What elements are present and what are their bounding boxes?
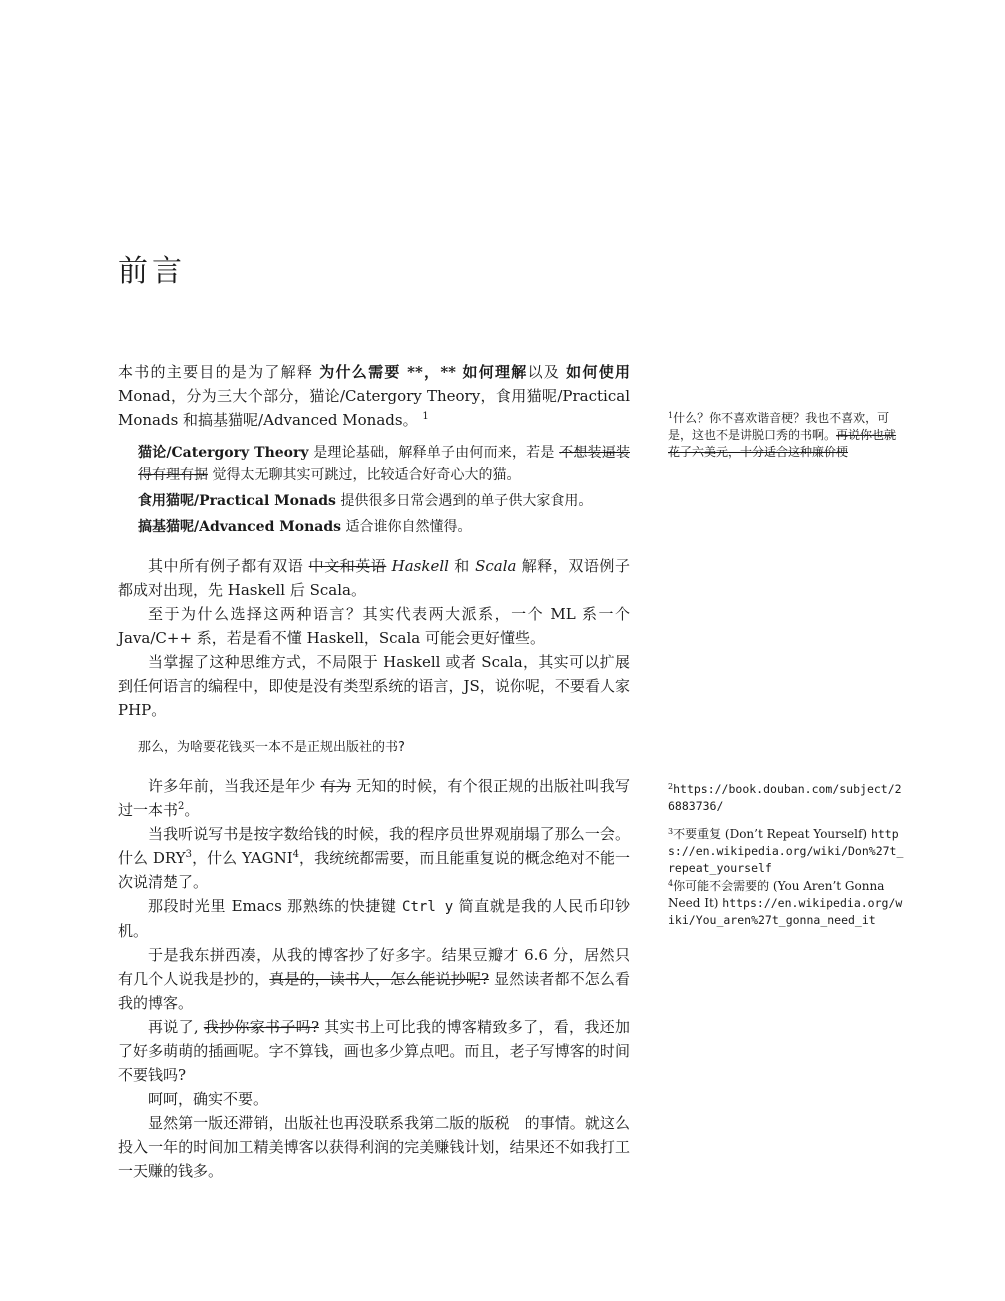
text: 是理论基础，解释单子由何而来，若是 (309, 445, 560, 461)
margin-note-2: 2https://book.douban.com/subject/2688373… (668, 781, 908, 815)
italic-text: Scala (475, 557, 516, 575)
text: 再说了, (148, 1018, 204, 1036)
text: 觉得太无聊其实可跳过，比较适合好奇心大的猫。 (208, 467, 520, 483)
text: 以及 (528, 363, 567, 381)
note-link[interactable]: https://book.douban.com/subject/26883736… (668, 782, 902, 813)
paragraph: 当我听说写书是按字数给钱的时候，我的程序员世界观崩塌了那么一会。什么 DRY3，… (118, 822, 630, 894)
paragraph: 再说了, 我抄你家书子吗? 其实书上可比我的博客精致多了，看，我还加了好多萌萌的… (118, 1015, 630, 1087)
intro-paragraph: 本书的主要目的是为了解释 为什么需要 **，** 如何理解以及 如何使用 Mon… (118, 360, 630, 432)
text: 许多年前，当我还是年少 (148, 777, 321, 795)
part-description: 食用猫呢/Practical Monads 提供很多日常会遇到的单子供大家食用。 (138, 490, 630, 512)
paragraph: 许多年前，当我还是年少 有为 无知的时候，有个很正规的出版社叫我写过一本书2。 (118, 774, 630, 822)
text: ，什么 YAGNI (192, 849, 293, 867)
part-name: 猫论/Catergory Theory (138, 445, 309, 461)
keyboard-shortcut: Ctrl y (402, 899, 453, 915)
part-description: 猫论/Catergory Theory 是理论基础，解释单子由何而来，若是 不想… (138, 442, 630, 486)
paragraph: 当掌握了这种思维方式，不局限于 Haskell 或者 Scala，其实可以扩展到… (118, 650, 630, 722)
margin-note-3: 3不要重复 (Don’t Repeat Yourself) https://en… (668, 826, 908, 877)
part-name: 搞基猫呢/Advanced Monads (138, 519, 341, 535)
footnote-ref-1[interactable]: 1 (422, 411, 428, 422)
strikethrough-text: 中文和英语 (309, 557, 387, 575)
paragraph: 于是我东拼西凑，从我的博客抄了好多字。结果豆瓣才 6.6 分，居然只有几个人说我… (118, 943, 630, 1015)
paragraph: 其中所有例子都有双语 中文和英语 Haskell 和 Scala 解释，双语例子… (118, 554, 630, 602)
margin-note-1: 1什么？你不喜欢谐音梗？我也不喜欢，可是，这也不是讲脱口秀的书啊。再说你也就花了… (668, 410, 908, 461)
text: 和 (449, 557, 475, 575)
text: 那段时光里 Emacs 那熟练的快捷键 (148, 897, 402, 915)
part-description: 搞基猫呢/Advanced Monads 适合谁你自然懂得。 (138, 516, 630, 538)
text: 其中所有例子都有双语 (148, 557, 309, 575)
bold-text: 如何使用 (566, 363, 630, 381)
note-text: 不要重复 (Don’t Repeat Yourself) (673, 827, 867, 841)
strikethrough-text: 我抄你家书子吗? (204, 1018, 319, 1036)
paragraph: 呵呵，确实不要。 (118, 1087, 630, 1111)
document-page: 前言 本书的主要目的是为了解释 为什么需要 **，** 如何理解以及 如何使用 … (0, 0, 1005, 1301)
text: 。 (184, 801, 199, 819)
paragraph: 显然第一版还滞销，出版社也再没联系我第二版的版税 的事情。就这么投入一年的时间加… (118, 1111, 630, 1183)
main-text: 本书的主要目的是为了解释 为什么需要 **，** 如何理解以及 如何使用 Mon… (118, 360, 630, 1183)
bold-text: 为什么需要 **，** 如何理解 (319, 363, 527, 381)
page-title: 前言 (118, 246, 186, 290)
paragraph: 那段时光里 Emacs 那熟练的快捷键 Ctrl y 简直就是我的人民币印钞机。 (118, 894, 630, 943)
text: 适合谁你自然懂得。 (341, 519, 471, 535)
strikethrough-text: 有为 (321, 777, 351, 795)
text: Monad，分为三大个部分，猫论/Catergory Theory，食用猫呢/P… (118, 387, 630, 429)
margin-note-4: 4你可能不会需要的 (You Aren’t Gonna Need It) htt… (668, 878, 908, 929)
paragraph: 至于为什么选择这两种语言？其实代表两大派系，一个 ML 系一个 Java/C++… (118, 602, 630, 650)
part-name: 食用猫呢/Practical Monads (138, 493, 336, 509)
text: 本书的主要目的是为了解释 (118, 363, 319, 381)
strikethrough-text: 真是的，读书人，怎么能说抄呢? (269, 970, 489, 988)
text: 提供很多日常会遇到的单子供大家食用。 (336, 493, 592, 509)
italic-text: Haskell (392, 557, 449, 575)
question-text: 那么，为啥要花钱买一本不是正规出版社的书? (138, 736, 630, 760)
